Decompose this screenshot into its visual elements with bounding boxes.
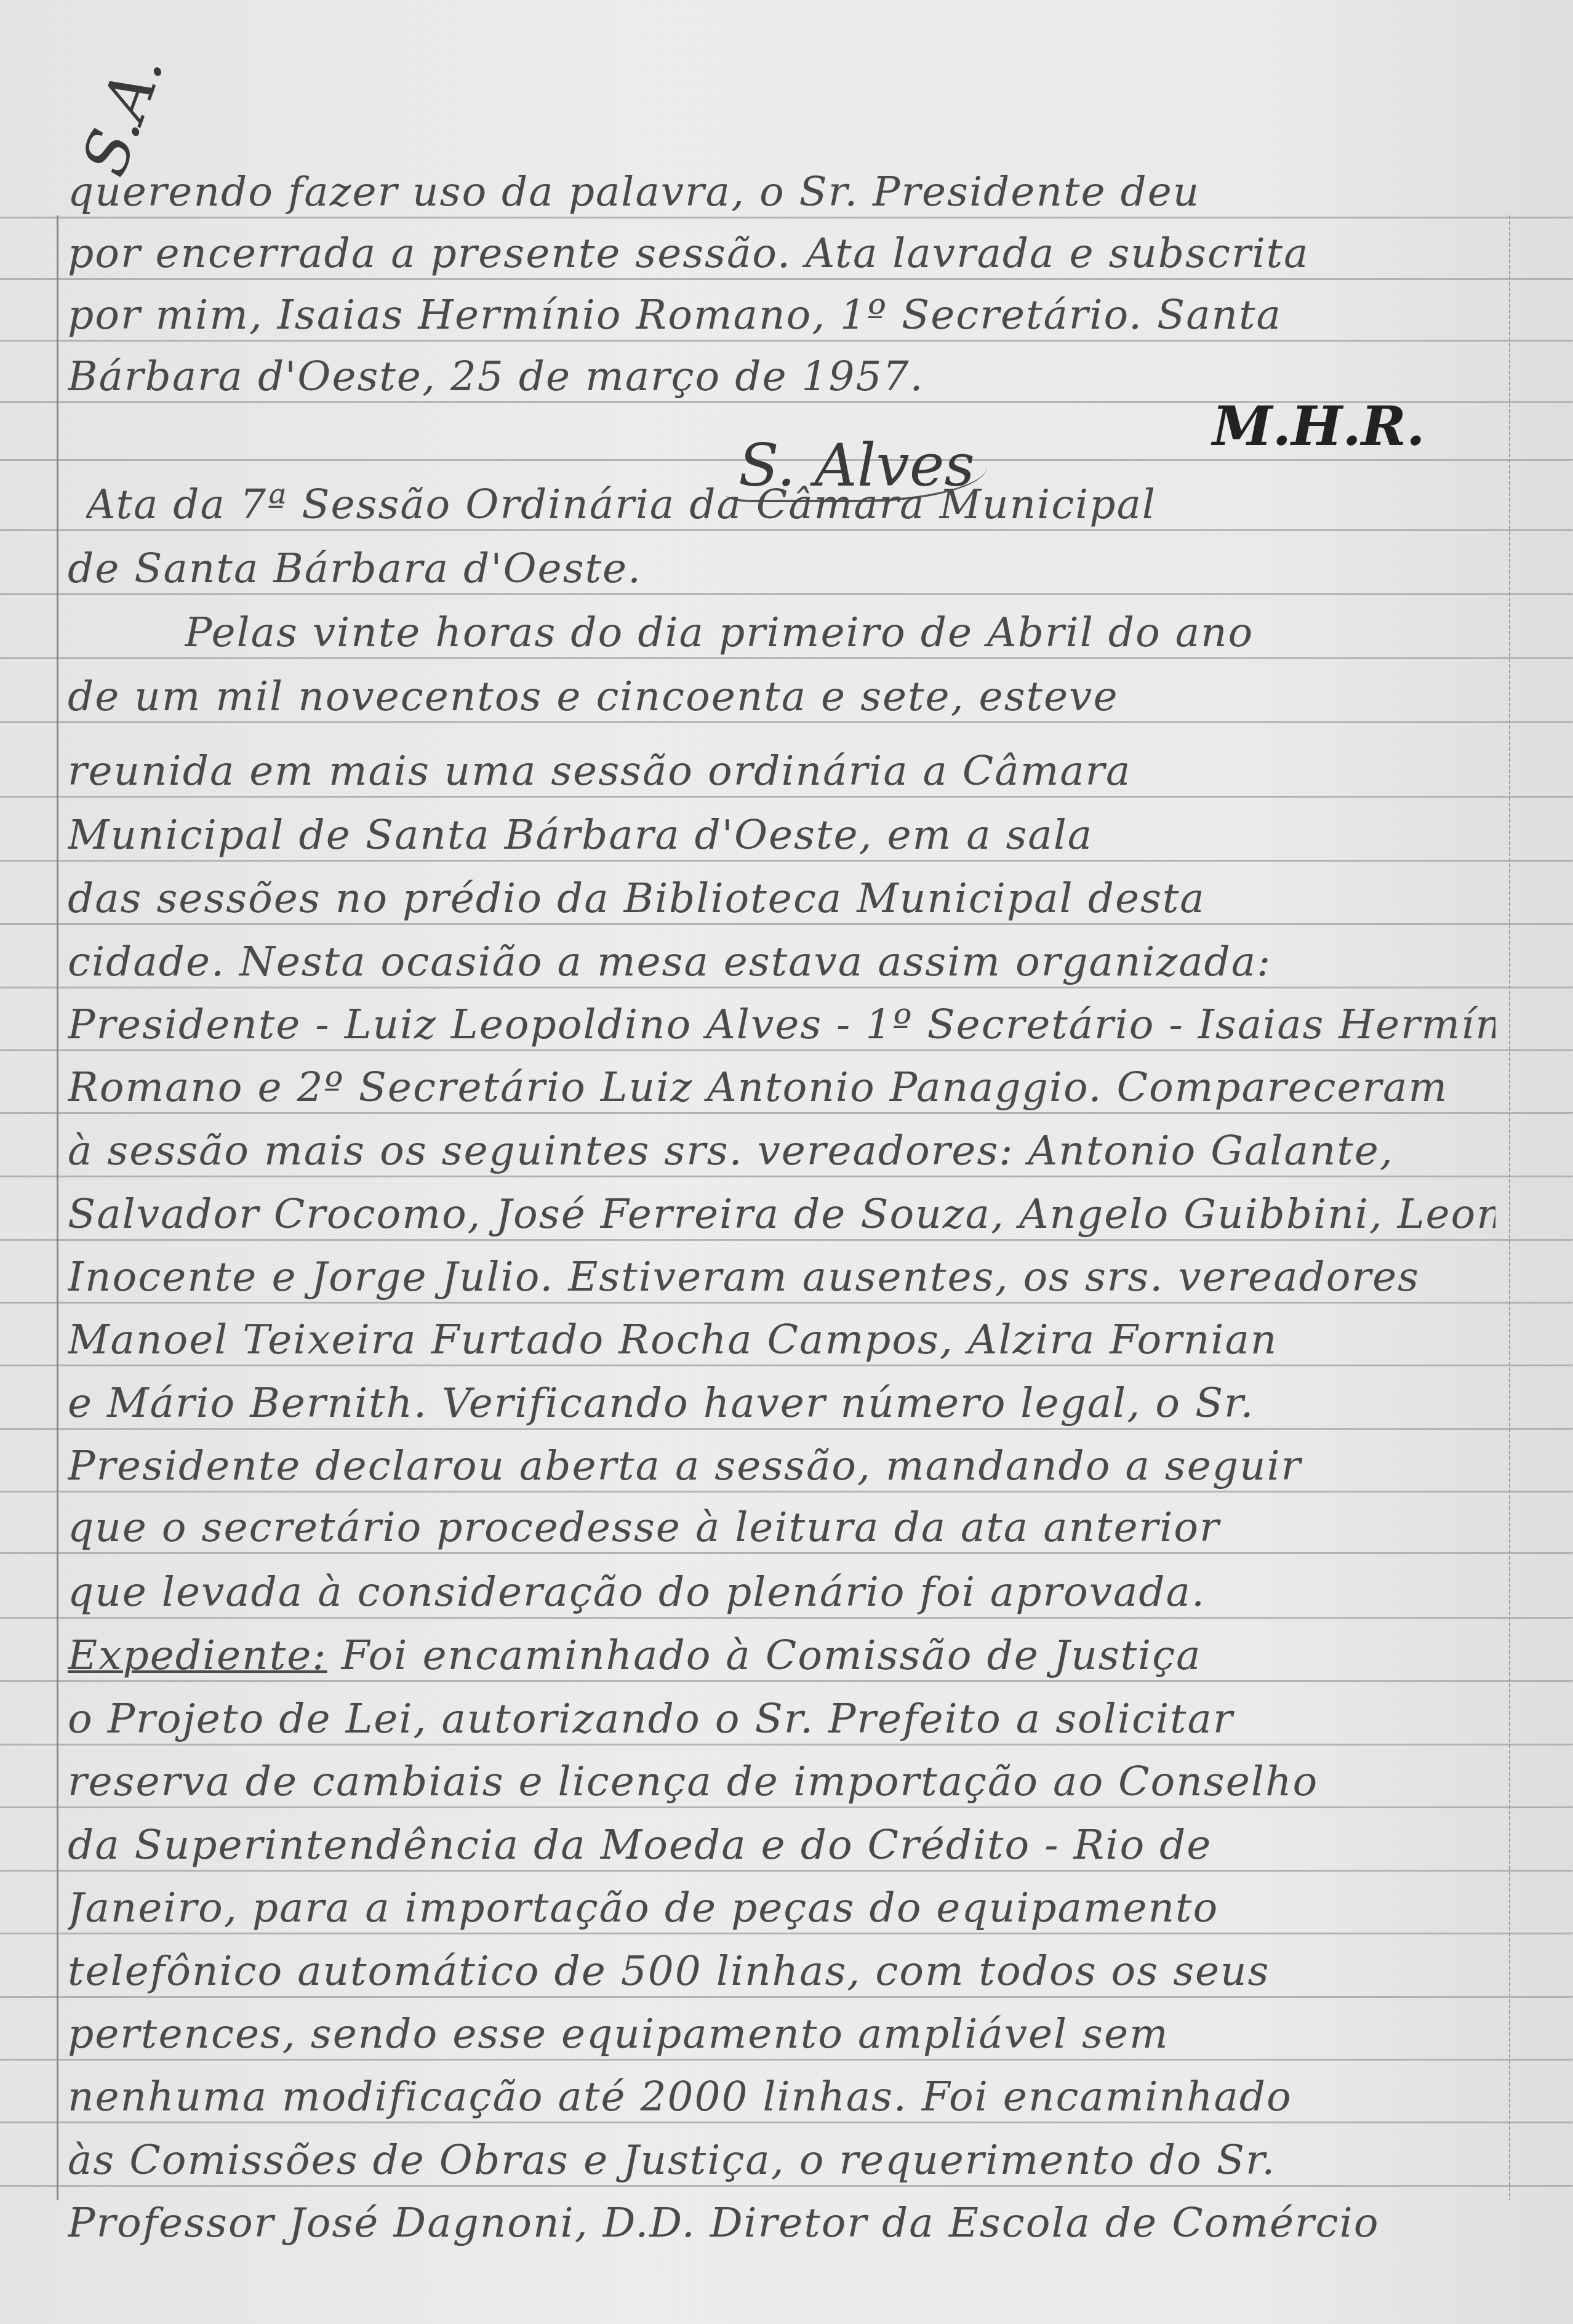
ruled-line — [0, 721, 1573, 723]
secretary-initials: M.H.R. — [1212, 394, 1425, 458]
top-left-signature: S.A. — [68, 44, 178, 185]
ruled-line — [0, 2122, 1573, 2123]
text-line: Presidente declarou aberta a sessão, man… — [68, 1441, 1495, 1491]
ruled-line — [0, 796, 1573, 798]
text-line: da Superintendência da Moeda e do Crédit… — [68, 1821, 1495, 1870]
ruled-line — [0, 1996, 1573, 1998]
text-line: que o secretário procedesse à leitura da… — [68, 1503, 1495, 1552]
text-line: Municipal de Santa Bárbara d'Oeste, em a… — [68, 811, 1495, 860]
minutes-title-line: Ata da 7ª Sessão Ordinária da Câmara Mun… — [86, 480, 1514, 529]
ruled-line — [0, 657, 1573, 659]
text-line: reserva de cambiais e licença de importa… — [68, 1757, 1495, 1806]
text-line: por mim, Isaias Hermínio Romano, 1º Secr… — [68, 290, 1495, 340]
minutes-title-line: de Santa Bárbara d'Oeste. — [68, 544, 1495, 593]
ruled-line — [0, 340, 1573, 342]
ruled-line — [0, 1491, 1573, 1493]
text-line: nenhuma modificação até 2000 linhas. Foi… — [68, 2072, 1495, 2122]
text-line: das sessões no prédio da Biblioteca Muni… — [68, 874, 1495, 923]
text-line: pertences, sendo esse equipamento ampliá… — [68, 2009, 1495, 2059]
ruled-line — [0, 217, 1573, 218]
ruled-line — [0, 1870, 1573, 1872]
text-line: Pelas vinte horas do dia primeiro de Abr… — [185, 608, 1495, 657]
ruled-line — [0, 1049, 1573, 1051]
text-line: telefônico automático de 500 linhas, com… — [68, 1947, 1495, 1996]
text-line: por encerrada a presente sessão. Ata lav… — [68, 229, 1495, 278]
expediente-heading: Expediente: — [68, 1632, 327, 1679]
ruled-line — [0, 1744, 1573, 1745]
text-line: o Projeto de Lei, autorizando o Sr. Pref… — [68, 1694, 1495, 1744]
text-line: reunida em mais uma sessão ordinária a C… — [68, 747, 1495, 796]
expediente-text: Foi encaminhado à Comissão de Justiça — [341, 1632, 1201, 1679]
text-line: querendo fazer uso da palavra, o Sr. Pre… — [68, 167, 1495, 217]
ruled-line — [0, 1239, 1573, 1241]
ruled-line — [0, 1680, 1573, 1682]
ruled-line — [0, 1933, 1573, 1934]
text-line: Janeiro, para a importação de peças do e… — [68, 1883, 1495, 1933]
ruled-line — [0, 1302, 1573, 1304]
ruled-line — [0, 1617, 1573, 1619]
ruled-line — [0, 1552, 1573, 1554]
text-line: de um mil novecentos e cincoenta e sete,… — [68, 672, 1495, 721]
ruled-line — [0, 860, 1573, 862]
text-line: que levada à consideração do plenário fo… — [68, 1568, 1495, 1617]
expediente-line: Expediente: Foi encaminhado à Comissão d… — [68, 1631, 1495, 1680]
ruled-line — [0, 529, 1573, 531]
text-line: Romano e 2º Secretário Luiz Antonio Pana… — [68, 1063, 1495, 1112]
ruled-line — [0, 1176, 1573, 1177]
ruled-line — [0, 987, 1573, 988]
text-line: cidade. Nesta ocasião a mesa estava assi… — [68, 937, 1495, 987]
text-line: Salvador Crocomo, José Ferreira de Souza… — [68, 1190, 1495, 1239]
text-line: Manoel Teixeira Furtado Rocha Campos, Al… — [68, 1315, 1495, 1364]
text-line: Professor José Dagnoni, D.D. Diretor da … — [68, 2198, 1495, 2248]
ruled-line — [0, 1364, 1573, 1366]
text-line: Inocente e Jorge Julio. Estiveram ausent… — [68, 1252, 1495, 1302]
ruled-line — [0, 1428, 1573, 1430]
ruled-line — [0, 2059, 1573, 2061]
text-line: Presidente - Luiz Leopoldino Alves - 1º … — [68, 1000, 1495, 1049]
ruled-line — [0, 2185, 1573, 2187]
ruled-line — [0, 923, 1573, 925]
ruled-line — [0, 278, 1573, 280]
manuscript-page: S.A. M.H.R. S. Alves querendo fazer uso … — [0, 0, 1573, 2324]
ruled-line — [0, 1806, 1573, 1808]
text-line: Bárbara d'Oeste, 25 de março de 1957. — [68, 352, 1175, 401]
ruled-line — [0, 1112, 1573, 1114]
text-line: à sessão mais os seguintes srs. vereador… — [68, 1126, 1495, 1176]
text-line: às Comissões de Obras e Justiça, o reque… — [68, 2136, 1495, 2185]
left-margin-line — [57, 215, 58, 2200]
text-line: e Mário Bernith. Verificando haver númer… — [68, 1379, 1495, 1428]
ruled-line — [0, 593, 1573, 595]
